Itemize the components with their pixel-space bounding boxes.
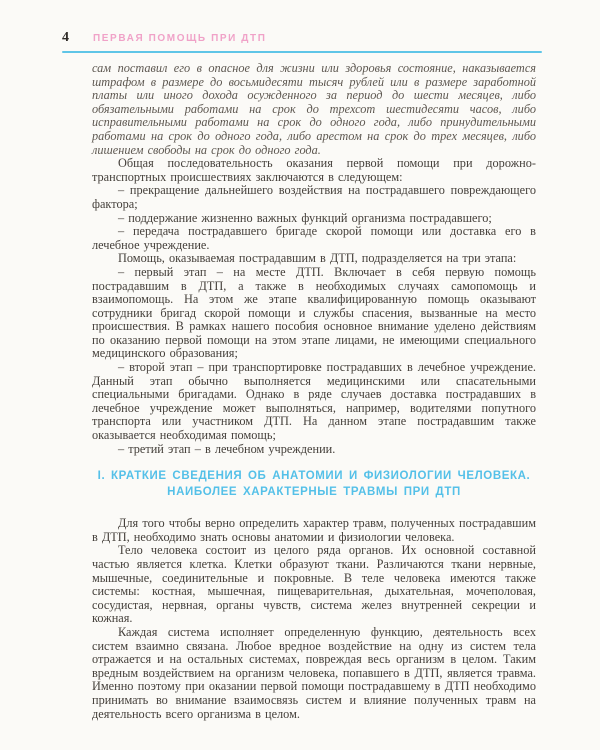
body-paragraph: – поддержание жизненно важных функций ор… [92,212,536,226]
body-paragraph: – первый этап – на месте ДТП. Включает в… [92,266,536,361]
body-paragraph: Для того чтобы верно определить характер… [92,517,536,544]
body-paragraph: Общая последовательность оказания первой… [92,157,536,184]
body-paragraph: – прекращение дальнейшего воздействия на… [92,184,536,211]
page-header: 4 ПЕРВАЯ ПОМОЩЬ ПРИ ДТП [62,30,542,53]
header-line: 4 ПЕРВАЯ ПОМОЩЬ ПРИ ДТП [62,30,542,46]
chapter-heading-line1: I. КРАТКИЕ СВЕДЕНИЯ ОБ АНАТОМИИ И ФИЗИОЛ… [92,469,536,485]
body-paragraph: Каждая система исполняет определенную фу… [92,626,536,721]
body-paragraph: Помощь, оказываемая пострадавшим в ДТП, … [92,252,536,266]
book-page: 4 ПЕРВАЯ ПОМОЩЬ ПРИ ДТП сам поставил его… [0,0,600,750]
chapter-heading: I. КРАТКИЕ СВЕДЕНИЯ ОБ АНАТОМИИ И ФИЗИОЛ… [92,469,536,500]
running-head: ПЕРВАЯ ПОМОЩЬ ПРИ ДТП [93,33,267,44]
page-body: сам поставил его в опасное для жизни или… [92,62,536,721]
body-paragraph: – второй этап – при транспортировке пост… [92,361,536,443]
section-anatomy-intro: Для того чтобы верно определить характер… [92,517,536,721]
body-paragraph: Тело человека состоит из целого ряда орг… [92,544,536,626]
header-rule [62,51,542,53]
chapter-heading-line2: НАИБОЛЕЕ ХАРАКТЕРНЫЕ ТРАВМЫ ПРИ ДТП [92,485,536,501]
section-first-aid-sequence: Общая последовательность оказания первой… [92,157,536,456]
body-paragraph: – передача пострадавшего бригаде скорой … [92,225,536,252]
legal-quote-paragraph: сам поставил его в опасное для жизни или… [92,62,536,157]
body-paragraph: – третий этап – в лечебном учреждении. [92,443,536,457]
page-number: 4 [62,30,69,46]
